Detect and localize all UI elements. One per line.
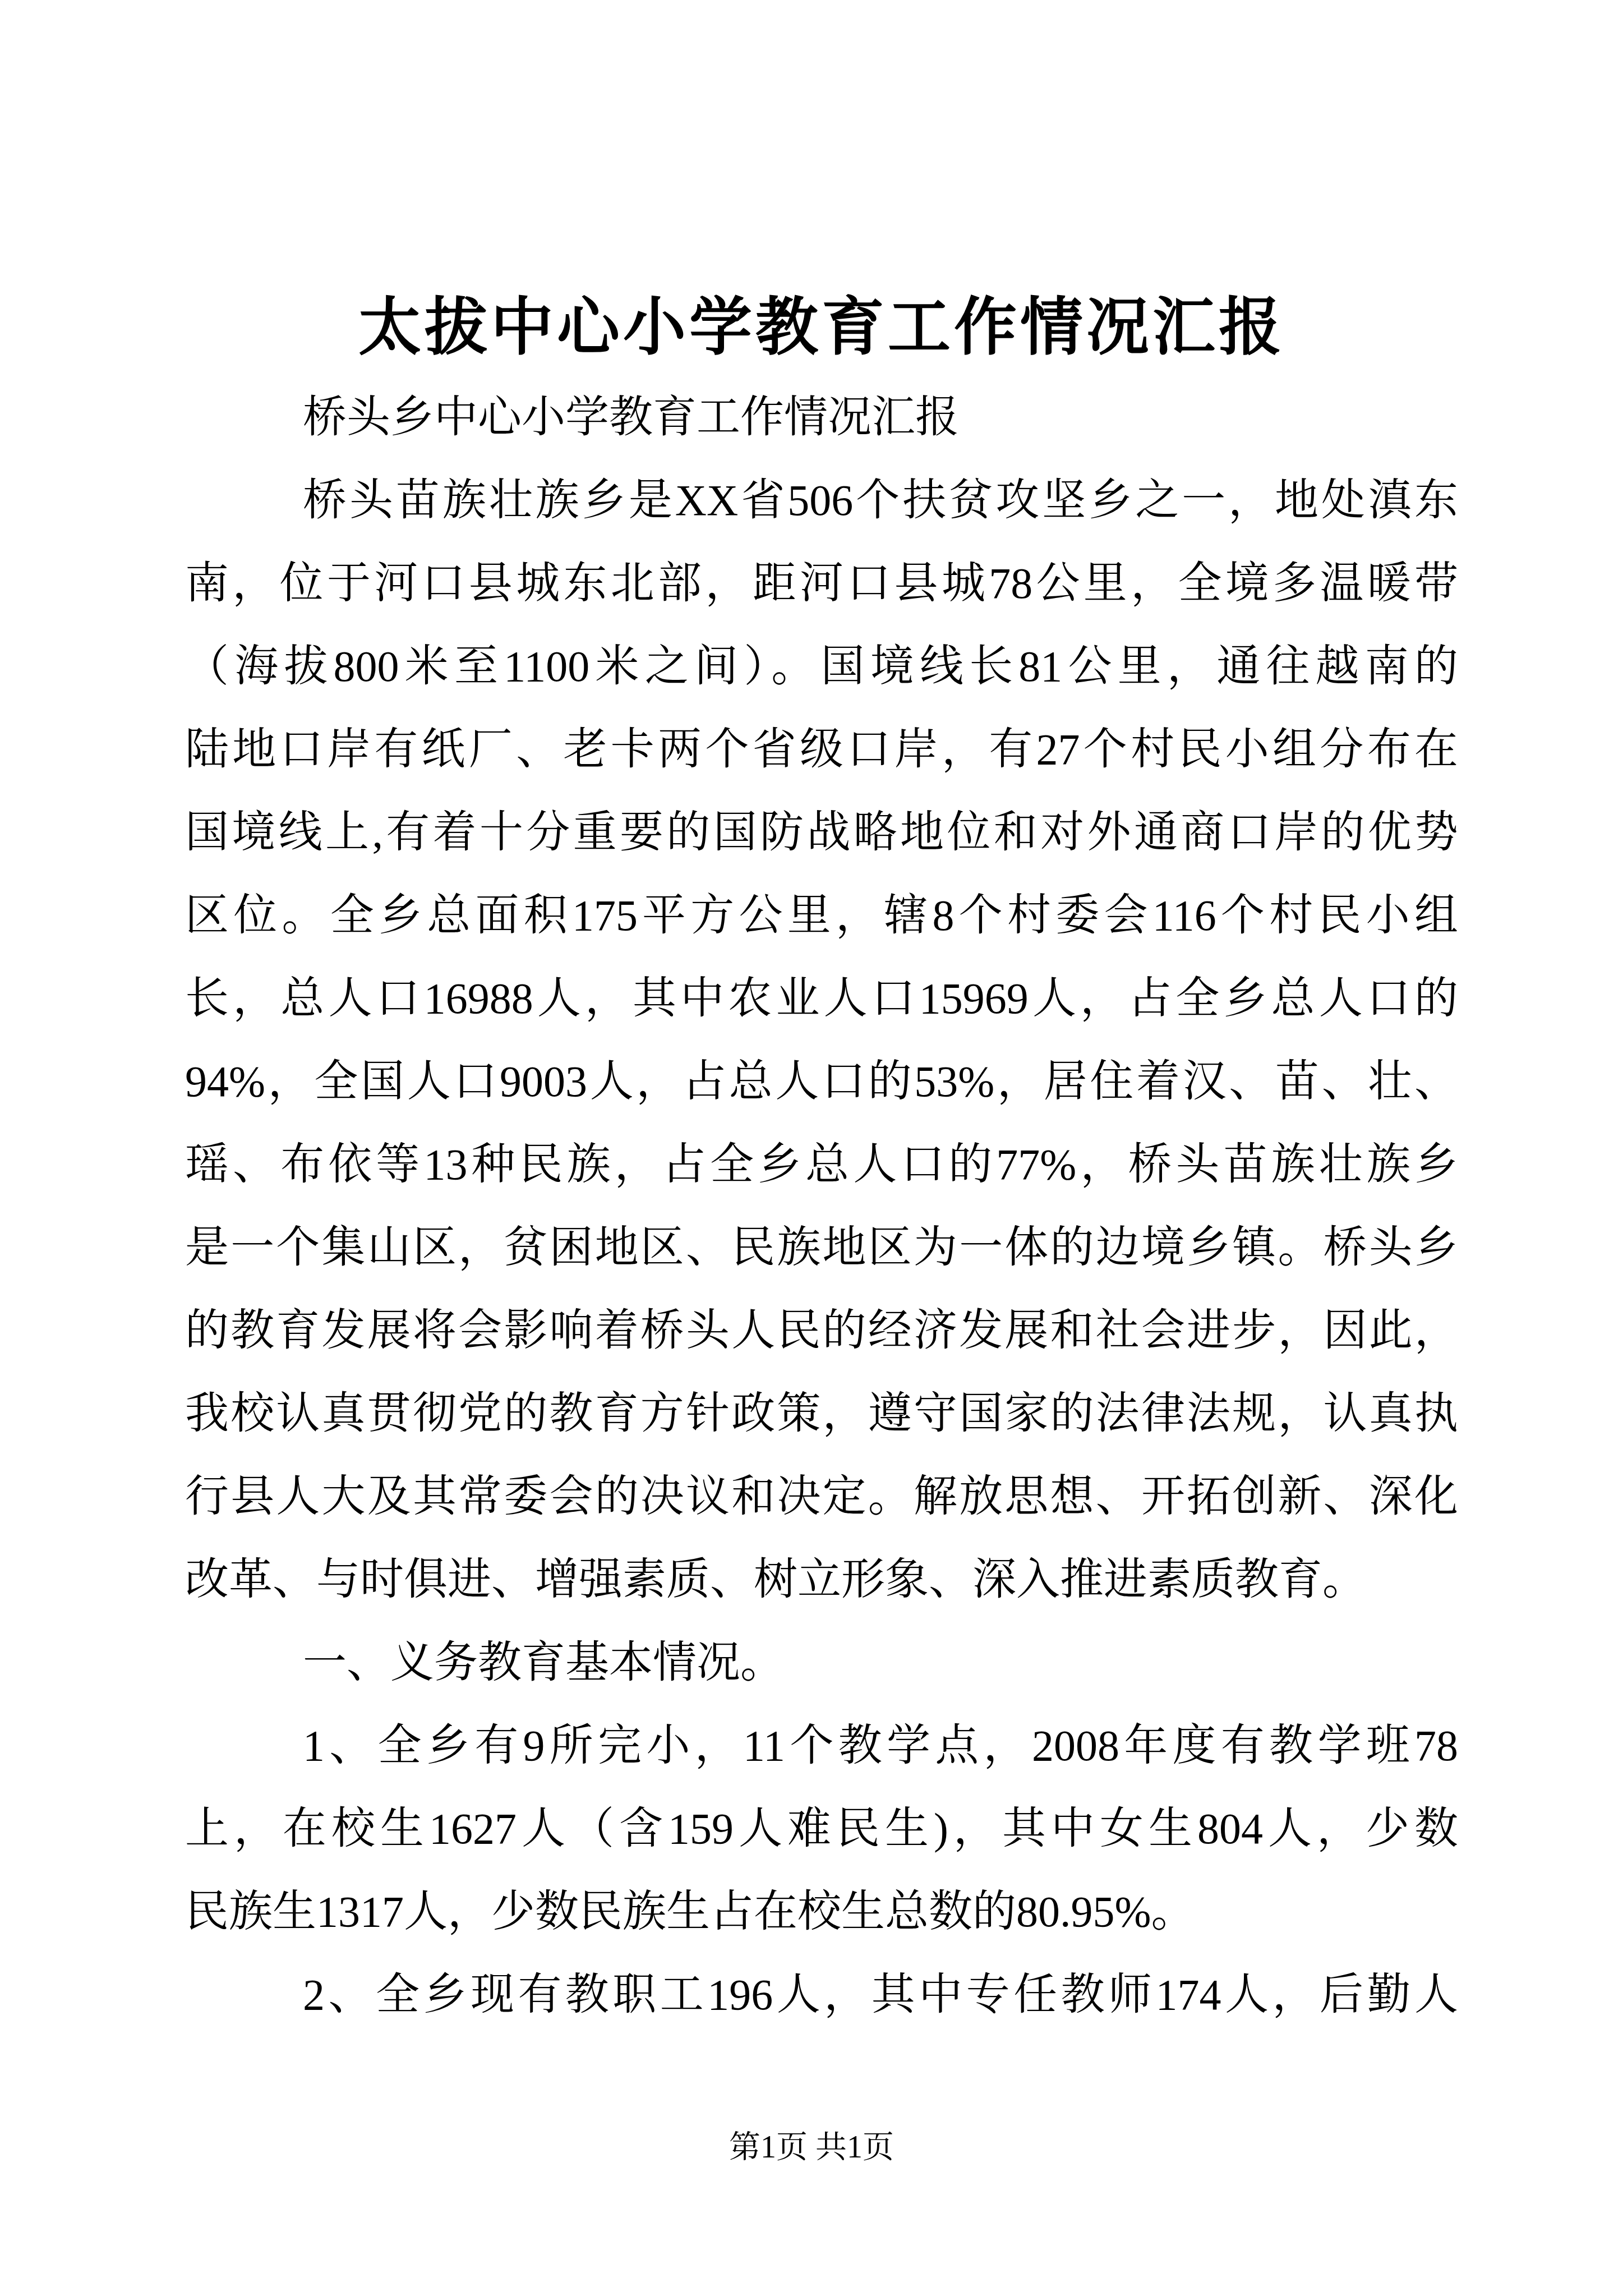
doc-line-3: 南，位于河口县城东北部，距河口县城78公里，全境多温暖带 xyxy=(185,542,1458,625)
doc-line-10: 瑶、布依等13种民族，占全乡总人口的77%，桥头苗族壮族乡 xyxy=(185,1123,1458,1206)
doc-line-11: 是一个集山区，贫困地区、民族地区为一体的边境乡镇。桥头乡 xyxy=(185,1206,1458,1289)
document-body: 太拔中心小学教育工作情况汇报 桥头乡中心小学教育工作情况汇报 桥头苗族壮族乡是X… xyxy=(185,280,1458,2036)
doc-line-17: 1、全乡有9所完小，11个教学点，2008年度有教学班78 xyxy=(185,1704,1458,1787)
doc-line-9: 94%，全国人口9003人，占总人口的53%，居住着汉、苗、壮、 xyxy=(185,1040,1458,1123)
document-title: 太拔中心小学教育工作情况汇报 xyxy=(185,280,1458,376)
subtitle-line: 桥头乡中心小学教育工作情况汇报 xyxy=(185,376,1458,459)
doc-line-7: 区位。全乡总面积175平方公里，辖8个村委会116个村民小组 xyxy=(185,874,1458,957)
doc-line-14: 行县人大及其常委会的决议和决定。解放思想、开拓创新、深化 xyxy=(185,1455,1458,1538)
section-heading-line: 一、义务教育基本情况。 xyxy=(185,1621,1458,1704)
doc-line-4: （海拔800米至1100米之间）。国境线长81公里，通往越南的 xyxy=(185,625,1458,708)
document-page: 太拔中心小学教育工作情况汇报 桥头乡中心小学教育工作情况汇报 桥头苗族壮族乡是X… xyxy=(0,0,1623,2296)
doc-line-18: 上，在校生1627人（含159人难民生)，其中女生804人，少数 xyxy=(185,1787,1458,1870)
page-footer: 第1页 共1页 xyxy=(0,2125,1623,2170)
doc-line-5: 陆地口岸有纸厂、老卡两个省级口岸，有27个村民小组分布在 xyxy=(185,708,1458,791)
doc-line-6: 国境线上,有着十分重要的国防战略地位和对外通商口岸的优势 xyxy=(185,791,1458,874)
doc-line-15: 改革、与时俱进、增强素质、树立形象、深入推进素质教育。 xyxy=(185,1538,1458,1621)
doc-line-12: 的教育发展将会影响着桥头人民的经济发展和社会进步，因此， xyxy=(185,1289,1458,1372)
doc-line-8: 长，总人口16988人，其中农业人口15969人，占全乡总人口的 xyxy=(185,957,1458,1040)
doc-line-2: 桥头苗族壮族乡是XX省506个扶贫攻坚乡之一，地处滇东 xyxy=(185,459,1458,542)
doc-line-19: 民族生1317人，少数民族生占在校生总数的80.95%。 xyxy=(185,1870,1458,1953)
doc-line-20: 2、全乡现有教职工196人，其中专任教师174人，后勤人 xyxy=(185,1953,1458,2036)
doc-line-13: 我校认真贯彻党的教育方针政策，遵守国家的法律法规，认真执 xyxy=(185,1372,1458,1455)
